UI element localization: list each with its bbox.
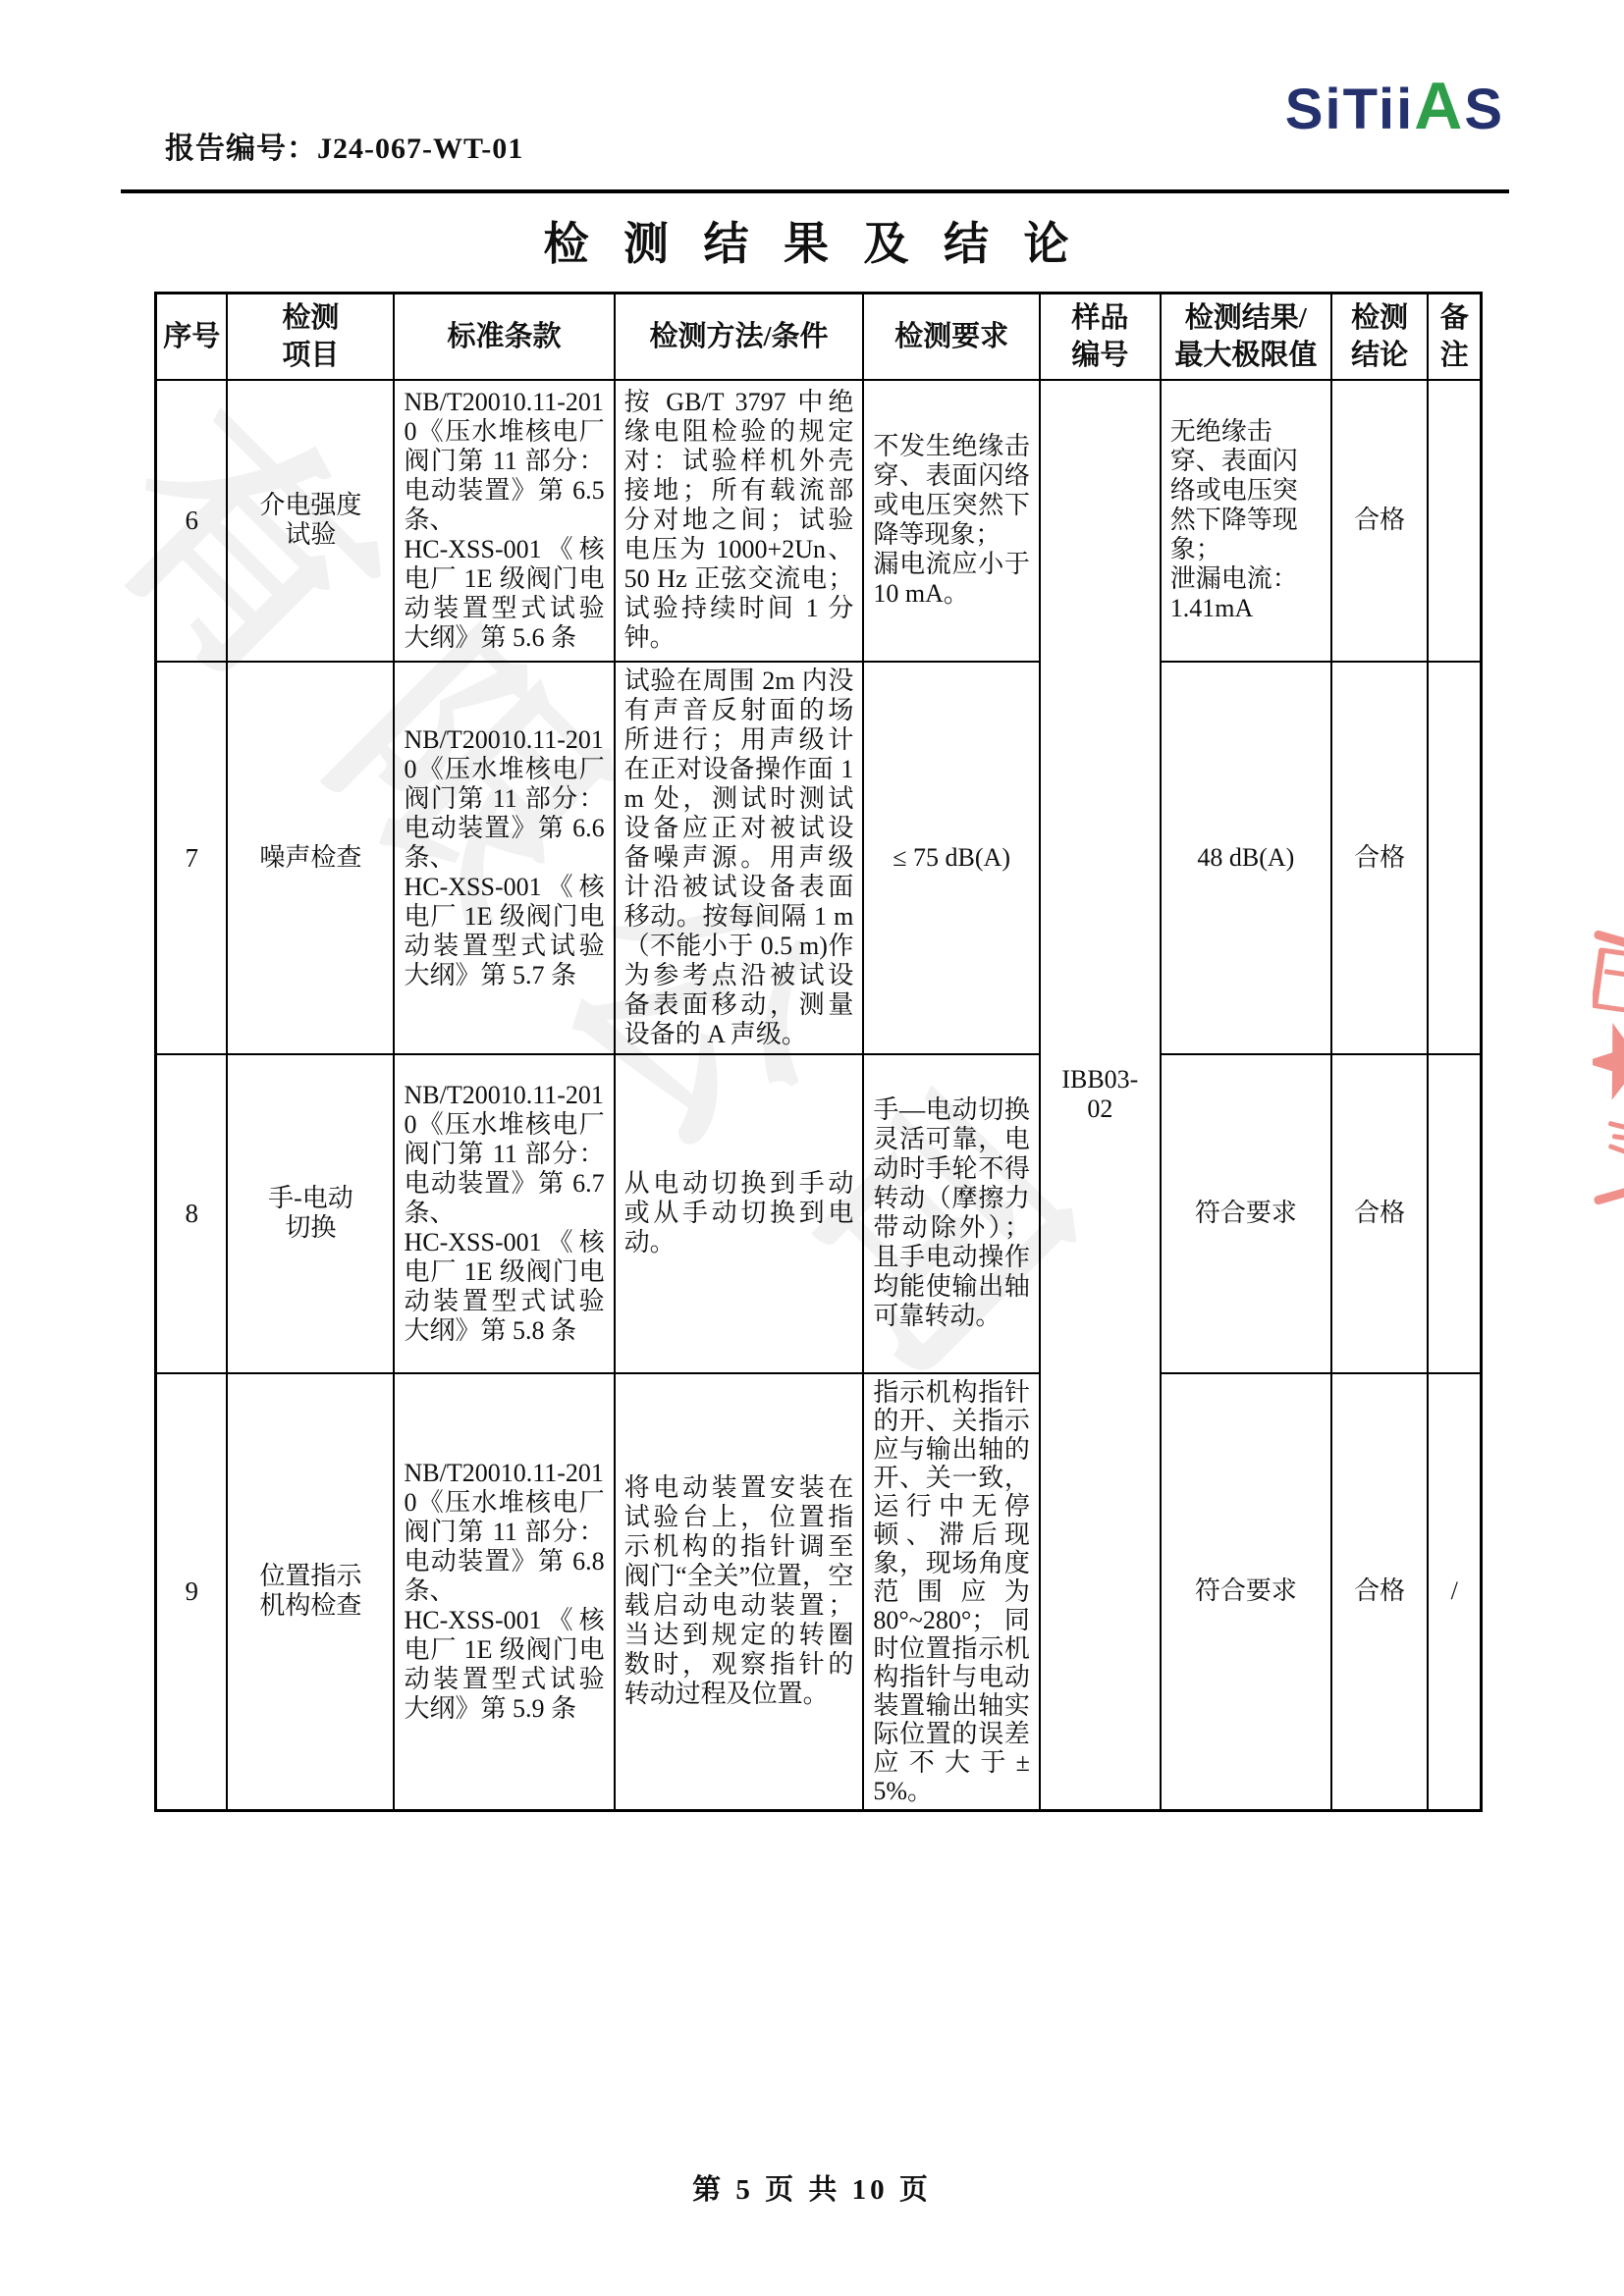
cell-item: 手-电动 切换 — [227, 1054, 394, 1373]
col-header-method: 检测方法/条件 — [615, 294, 864, 380]
cell-method: 试验在周围 2m 内没有声音反射面的场所进行；用声级计在正对设备操作面 1 m … — [615, 662, 864, 1054]
cell-item: 噪声检查 — [227, 662, 394, 1054]
stamp-mark — [1608, 1144, 1624, 1154]
table-row: 6 介电强度 试验 NB/T20010.11-2010《压水堆核电厂阀门第 11… — [156, 380, 1482, 662]
cell-method: 按 GB/T 3797 中绝缘电阻检验的规定对：试验样机外壳接地；所有载流部分对… — [615, 380, 864, 662]
red-stamp — [1593, 921, 1624, 1231]
page-title: 检 测 结 果 及 结 论 — [0, 208, 1624, 273]
page-footer: 第 5 页 共 10 页 — [0, 2167, 1624, 2208]
results-table: 序号 检测 项目 标准条款 检测方法/条件 检测要求 样品 编号 检测结果/ 最… — [154, 292, 1483, 1812]
report-page: 有限公司 报告编号：J24-067-WT-01 SiTiiAS 检 测 结 果 … — [0, 0, 1624, 2296]
cell-result: 符合要求 — [1161, 1054, 1331, 1373]
col-header-sample: 样品 编号 — [1040, 294, 1161, 380]
cell-conclusion: 合格 — [1331, 662, 1429, 1054]
col-header-seq: 序号 — [156, 294, 228, 380]
logo-text-prefix: SiTii — [1285, 78, 1414, 141]
table-header-row: 序号 检测 项目 标准条款 检测方法/条件 检测要求 样品 编号 检测结果/ 最… — [156, 294, 1482, 380]
cell-item: 位置指示 机构检查 — [227, 1373, 394, 1811]
cell-requirement: 不发生绝缘击穿、表面闪络或电压突然下降等现象； 漏电流应小于 10 mA。 — [863, 380, 1040, 662]
stamp-glyph — [1593, 947, 1624, 1014]
cell-result: 无绝缘击穿、表面闪络或电压突然下降等现象； 泄漏电流： 1.41mA — [1161, 380, 1331, 662]
cell-sample-no: IBB03-02 — [1040, 380, 1161, 1811]
cell-method: 从电动切换到手动或从手动切换到电动。 — [615, 1054, 864, 1373]
cell-requirement: 手—电动切换灵活可靠，电动时手轮不得转动（摩擦力带动除外）；且手电动操作均能使输… — [863, 1054, 1040, 1373]
cell-remark — [1428, 380, 1481, 662]
col-header-conclusion: 检测 结论 — [1331, 294, 1429, 380]
stamp-arc-bottom — [1593, 1187, 1624, 1205]
col-header-item: 检测 项目 — [227, 294, 394, 380]
table-row: 8 手-电动 切换 NB/T20010.11-2010《压水堆核电厂阀门第 11… — [156, 1054, 1482, 1373]
stamp-mark — [1612, 1134, 1624, 1141]
cell-seq: 8 — [156, 1054, 228, 1373]
cell-clause: NB/T20010.11-2010《压水堆核电厂阀门第 11 部分：电动装置》第… — [394, 380, 614, 662]
cell-remark — [1428, 662, 1481, 1054]
report-number: 报告编号：J24-067-WT-01 — [165, 124, 523, 167]
cell-remark: / — [1428, 1373, 1481, 1811]
cell-requirement: ≤ 75 dB(A) — [863, 662, 1040, 1054]
logo-text-suffix: S — [1464, 78, 1504, 141]
cell-clause: NB/T20010.11-2010《压水堆核电厂阀门第 11 部分：电动装置》第… — [394, 662, 614, 1054]
cell-result: 48 dB(A) — [1161, 662, 1331, 1054]
cell-clause: NB/T20010.11-2010《压水堆核电厂阀门第 11 部分：电动装置》第… — [394, 1054, 614, 1373]
logo-accent-letter: A — [1414, 69, 1464, 143]
cell-item: 介电强度 试验 — [227, 380, 394, 662]
col-header-remark: 备 注 — [1428, 294, 1481, 380]
cell-remark — [1428, 1054, 1481, 1373]
cell-clause: NB/T20010.11-2010《压水堆核电厂阀门第 11 部分：电动装置》第… — [394, 1373, 614, 1811]
cell-seq: 7 — [156, 662, 228, 1054]
cell-conclusion: 合格 — [1331, 1373, 1429, 1811]
cell-seq: 9 — [156, 1373, 228, 1811]
col-header-result: 检测结果/ 最大极限值 — [1161, 294, 1331, 380]
table-row: 7 噪声检查 NB/T20010.11-2010《压水堆核电厂阀门第 11 部分… — [156, 662, 1482, 1054]
cell-result: 符合要求 — [1161, 1373, 1331, 1811]
company-logo: SiTiiAS — [1285, 73, 1504, 139]
cell-conclusion: 合格 — [1331, 380, 1429, 662]
cell-method: 将电动装置安装在试验台上，位置指示机构的指针调至阀门“全关”位置，空载启动电动装… — [615, 1373, 864, 1811]
table-row: 9 位置指示 机构检查 NB/T20010.11-2010《压水堆核电厂阀门第 … — [156, 1373, 1482, 1811]
cell-conclusion: 合格 — [1331, 1054, 1429, 1373]
header-divider — [121, 189, 1509, 193]
stamp-arc-top — [1593, 930, 1624, 948]
stamp-mark — [1608, 1121, 1624, 1130]
col-header-clause: 标准条款 — [394, 294, 614, 380]
star-icon — [1593, 1010, 1624, 1113]
cell-requirement: 指示机构指针的开、关指示应与输出轴的开、关一致，运行中无停顿、滞后现象，现场角度… — [863, 1373, 1040, 1811]
col-header-requirement: 检测要求 — [863, 294, 1040, 380]
cell-seq: 6 — [156, 380, 228, 662]
